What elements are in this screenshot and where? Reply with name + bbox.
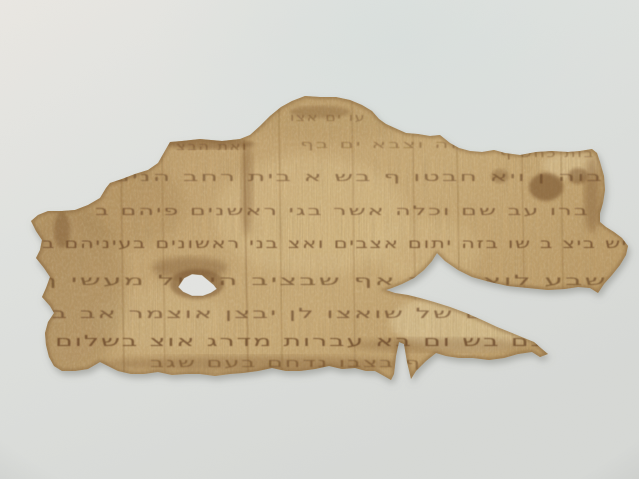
manuscript-photo: עו ים אצו ואת הבצ זה וצבא ים בף בות כחש … xyxy=(0,0,639,479)
photo-vignette xyxy=(0,0,639,479)
photo-frame: עו ים אצו ואת הבצ זה וצבא ים בף בות כחש … xyxy=(0,0,639,479)
